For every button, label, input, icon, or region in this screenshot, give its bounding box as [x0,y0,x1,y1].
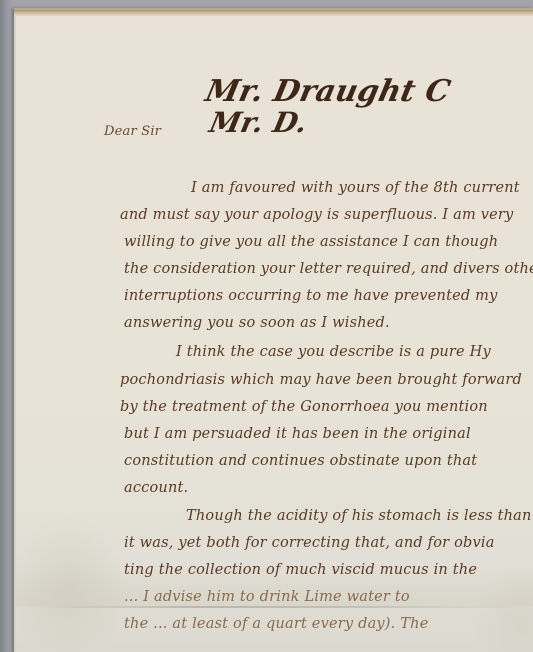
letter-page: Mr. Draught C Mr. D. Dear Sir I am favou… [16,16,533,652]
letter-line: ting the collection of much viscid mucus… [124,562,477,578]
letter-line: pochondriasis which may have been brough… [120,372,522,388]
letter-line: account. [124,480,188,496]
letter-line: but I am persuaded it has been in the or… [124,426,471,442]
paper-stack: Mr. Draught C Mr. D. Dear Sir I am favou… [14,8,533,652]
page-fold-line [32,606,532,608]
salutation: Dear Sir [104,124,161,139]
letter-line: the consideration your letter required, … [124,261,533,277]
letter-line: interruptions occurring to me have preve… [124,288,498,304]
letter-line: and must say your apology is superfluous… [120,207,513,223]
letter-line: willing to give you all the assistance I… [124,234,498,250]
letter-line: constitution and continues obstinate upo… [124,453,477,469]
letter-line: it was, yet both for correcting that, an… [124,535,495,551]
scan-background: Mr. Draught C Mr. D. Dear Sir I am favou… [0,0,533,652]
letter-line: I think the case you describe is a pure … [176,344,491,360]
letter-line: Though the acidity of his stomach is les… [186,508,532,524]
letter-line: answering you so soon as I wished. [124,315,390,331]
letter-line: I am favoured with yours of the 8th curr… [191,180,520,196]
letter-line: the ... at least of a quart every day). … [124,616,428,632]
letter-line: by the treatment of the Gonorrhoea you m… [120,399,488,415]
letter-line: ... I advise him to drink Lime water to [124,589,410,605]
addressee-heading-line-2: Mr. D. [206,106,310,139]
addressee-heading-line-1: Mr. Draught C [202,74,453,109]
